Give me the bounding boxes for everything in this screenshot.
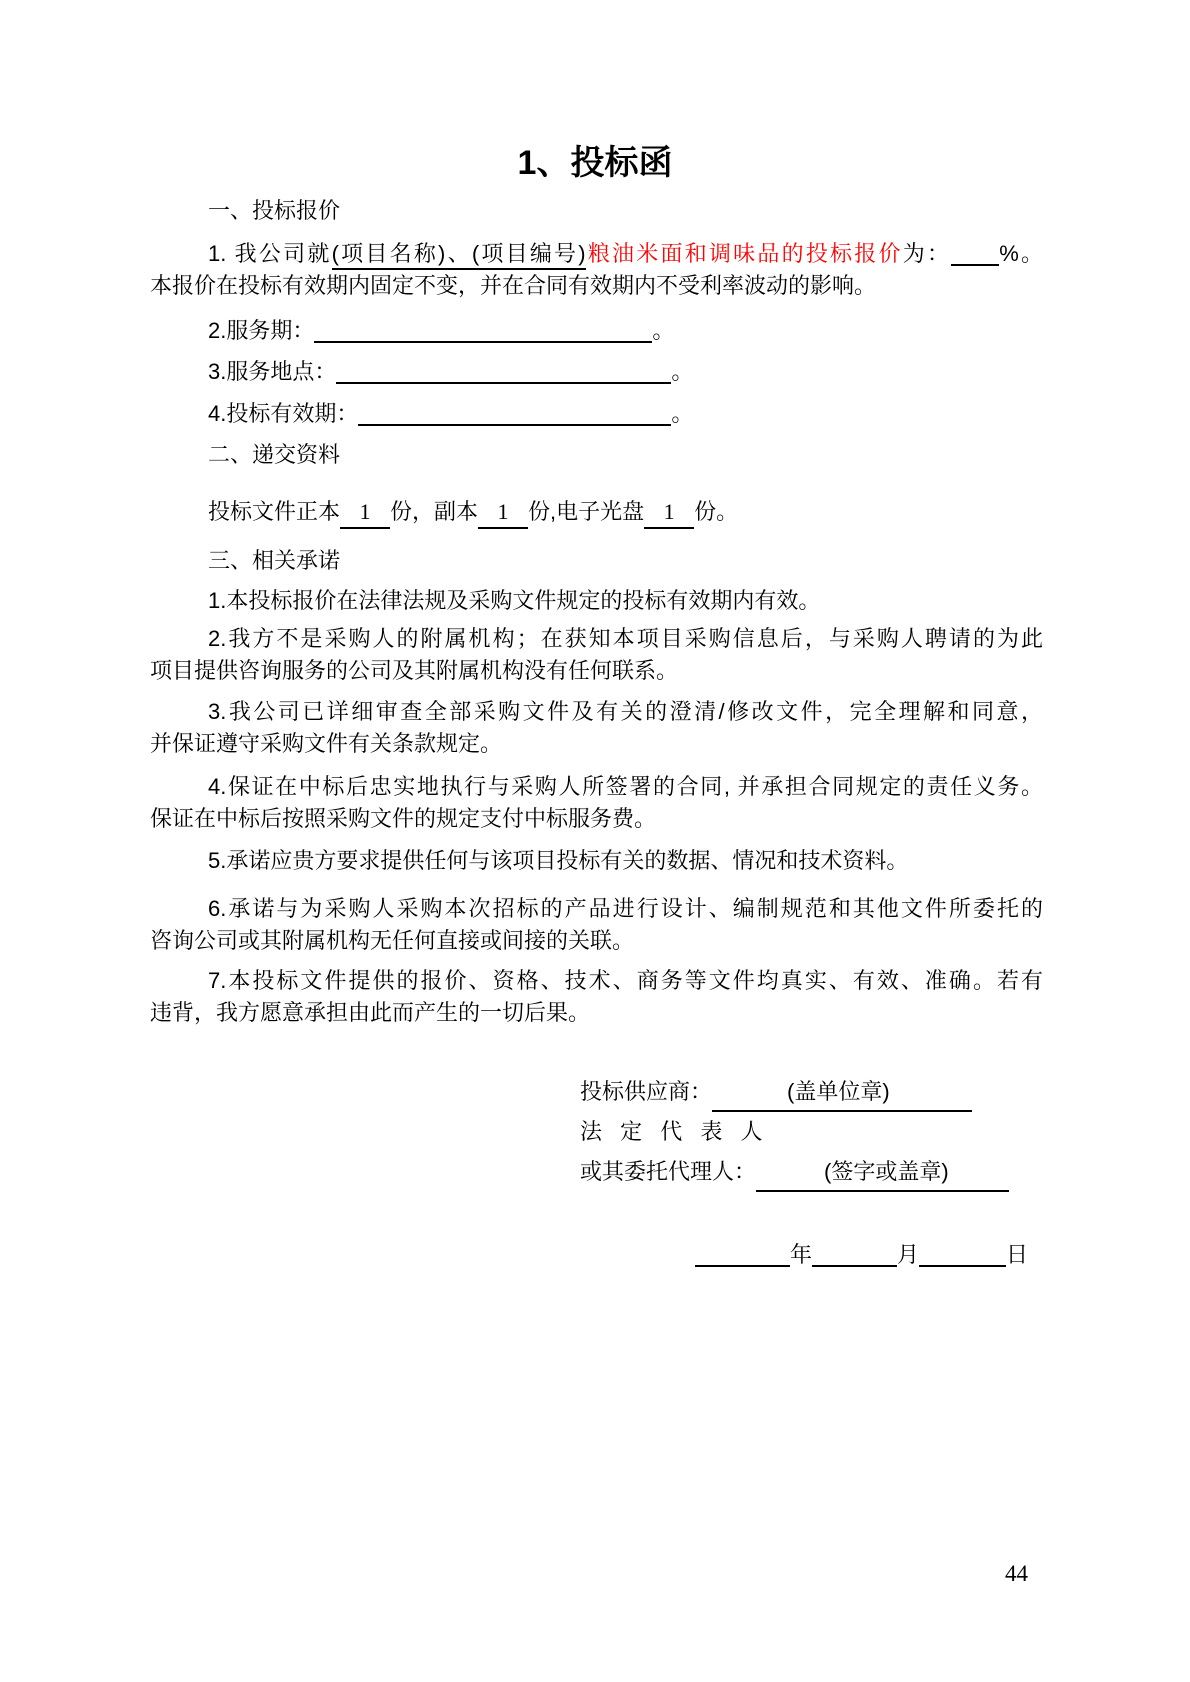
commitment-2-line1: 2.我方不是采购人的附属机构；在获知本项目采购信息后，与采购人聘请的为此 [208, 624, 1043, 654]
project-subject-red-text: 粮油米面和调味品的投标报价 [586, 241, 903, 266]
commitment-7-line2: 违背，我方愿意承担由此而产生的一切后果。 [150, 998, 590, 1028]
service-period-blank[interactable] [314, 321, 652, 343]
day-blank[interactable] [919, 1245, 1006, 1267]
copies-seg1: 投标文件正本 [208, 499, 340, 524]
month-label: 月 [897, 1242, 919, 1267]
supplier-seal-note: (盖单位章) [787, 1079, 890, 1104]
period-mark: 。 [671, 401, 693, 426]
agent-signature-line: 或其委托代理人：(签字或盖章) [580, 1157, 1009, 1192]
commitment-6-line2: 咨询公司或其附属机构无任何直接或间接的关联。 [150, 926, 634, 956]
year-label: 年 [790, 1242, 812, 1267]
supplier-label: 投标供应商： [580, 1079, 712, 1104]
date-line: 年月日 [695, 1240, 1028, 1270]
copies-line: 投标文件正本1份，副本1份,电子光盘1份。 [208, 497, 738, 529]
service-location-label: 3.服务地点： [208, 359, 336, 384]
bid-validity-label: 4.投标有效期： [208, 401, 358, 426]
service-location-blank[interactable] [336, 362, 671, 384]
section3-heading: 三、相关承诺 [208, 546, 340, 576]
copies-seg3: 份,电子光盘 [528, 499, 644, 524]
copies-seg2: 份，副本 [390, 499, 478, 524]
original-count-blank[interactable]: 1 [340, 497, 390, 529]
section1-heading: 一、投标报价 [208, 196, 340, 226]
copies-seg4: 份。 [694, 499, 738, 524]
bid-rate-blank[interactable] [951, 244, 999, 266]
day-label: 日 [1006, 1242, 1028, 1267]
document-page: 1、投标函 一、投标报价 1. 我公司就(项目名称)、(项目编号)粮油米面和调味… [0, 0, 1190, 1682]
supplier-seal-blank[interactable]: (盖单位章) [712, 1077, 972, 1112]
disc-count-blank[interactable]: 1 [644, 497, 694, 529]
service-period-line: 2.服务期：。 [208, 316, 674, 346]
commitment-3-line1: 3.我公司已详细审查全部采购文件及有关的澄清/修改文件，完全理解和同意， [208, 697, 1043, 727]
service-period-label: 2.服务期： [208, 318, 314, 343]
commitment-6-line1: 6.承诺与为采购人采购本次招标的产品进行设计、编制规范和其他文件所委托的 [208, 894, 1043, 924]
bid-price-sentence-cont: 本报价在投标有效期内固定不变，并在合同有效期内不受利率波动的影响。 [150, 271, 876, 301]
bid-validity-blank[interactable] [358, 404, 671, 426]
month-blank[interactable] [812, 1245, 897, 1267]
commitment-5: 5.承诺应贵方要求提供任何与该项目投标有关的数据、情况和技术资料。 [208, 846, 908, 876]
p1-after-red: 为： [903, 241, 951, 266]
supplier-signature-line: 投标供应商：(盖单位章) [580, 1077, 972, 1112]
p1-lead: 1. 我公司就 [208, 241, 332, 266]
copy-count-blank[interactable]: 1 [478, 497, 528, 529]
bid-validity-line: 4.投标有效期：。 [208, 399, 693, 429]
bid-price-sentence: 1. 我公司就(项目名称)、(项目编号)粮油米面和调味品的投标报价为：%。 [208, 239, 1043, 269]
agent-sign-blank[interactable]: (签字或盖章) [756, 1157, 1009, 1192]
commitment-3-line2: 并保证遵守采购文件有关条款规定。 [150, 729, 502, 759]
section2-heading: 二、递交资料 [208, 440, 340, 470]
period-mark: 。 [671, 359, 693, 384]
commitment-4-line2: 保证在中标后按照采购文件的规定支付中标服务费。 [150, 804, 656, 834]
commitment-7-line1: 7.本投标文件提供的报价、资格、技术、商务等文件均真实、有效、准确。若有 [208, 966, 1043, 996]
commitment-4-line1: 4.保证在中标后忠实地执行与采购人所签署的合同, 并承担合同规定的责任义务。 [208, 772, 1043, 802]
commitment-2-line2: 项目提供咨询服务的公司及其附属机构没有任何联系。 [150, 656, 678, 686]
commitment-1: 1.本投标报价在法律法规及采购文件规定的投标有效期内有效。 [208, 586, 820, 616]
period-mark: 。 [652, 318, 674, 343]
legal-representative-line: 法 定 代 表 人 [580, 1117, 768, 1147]
agent-label: 或其委托代理人： [580, 1159, 756, 1184]
service-location-line: 3.服务地点：。 [208, 357, 693, 387]
page-number: 44 [1005, 1560, 1028, 1588]
agent-sign-note: (签字或盖章) [824, 1159, 949, 1184]
page-title: 1、投标函 [0, 142, 1190, 184]
year-blank[interactable] [695, 1245, 790, 1267]
project-name-number-underlined: (项目名称)、(项目编号) [332, 241, 586, 270]
p1-percent: %。 [999, 241, 1043, 266]
